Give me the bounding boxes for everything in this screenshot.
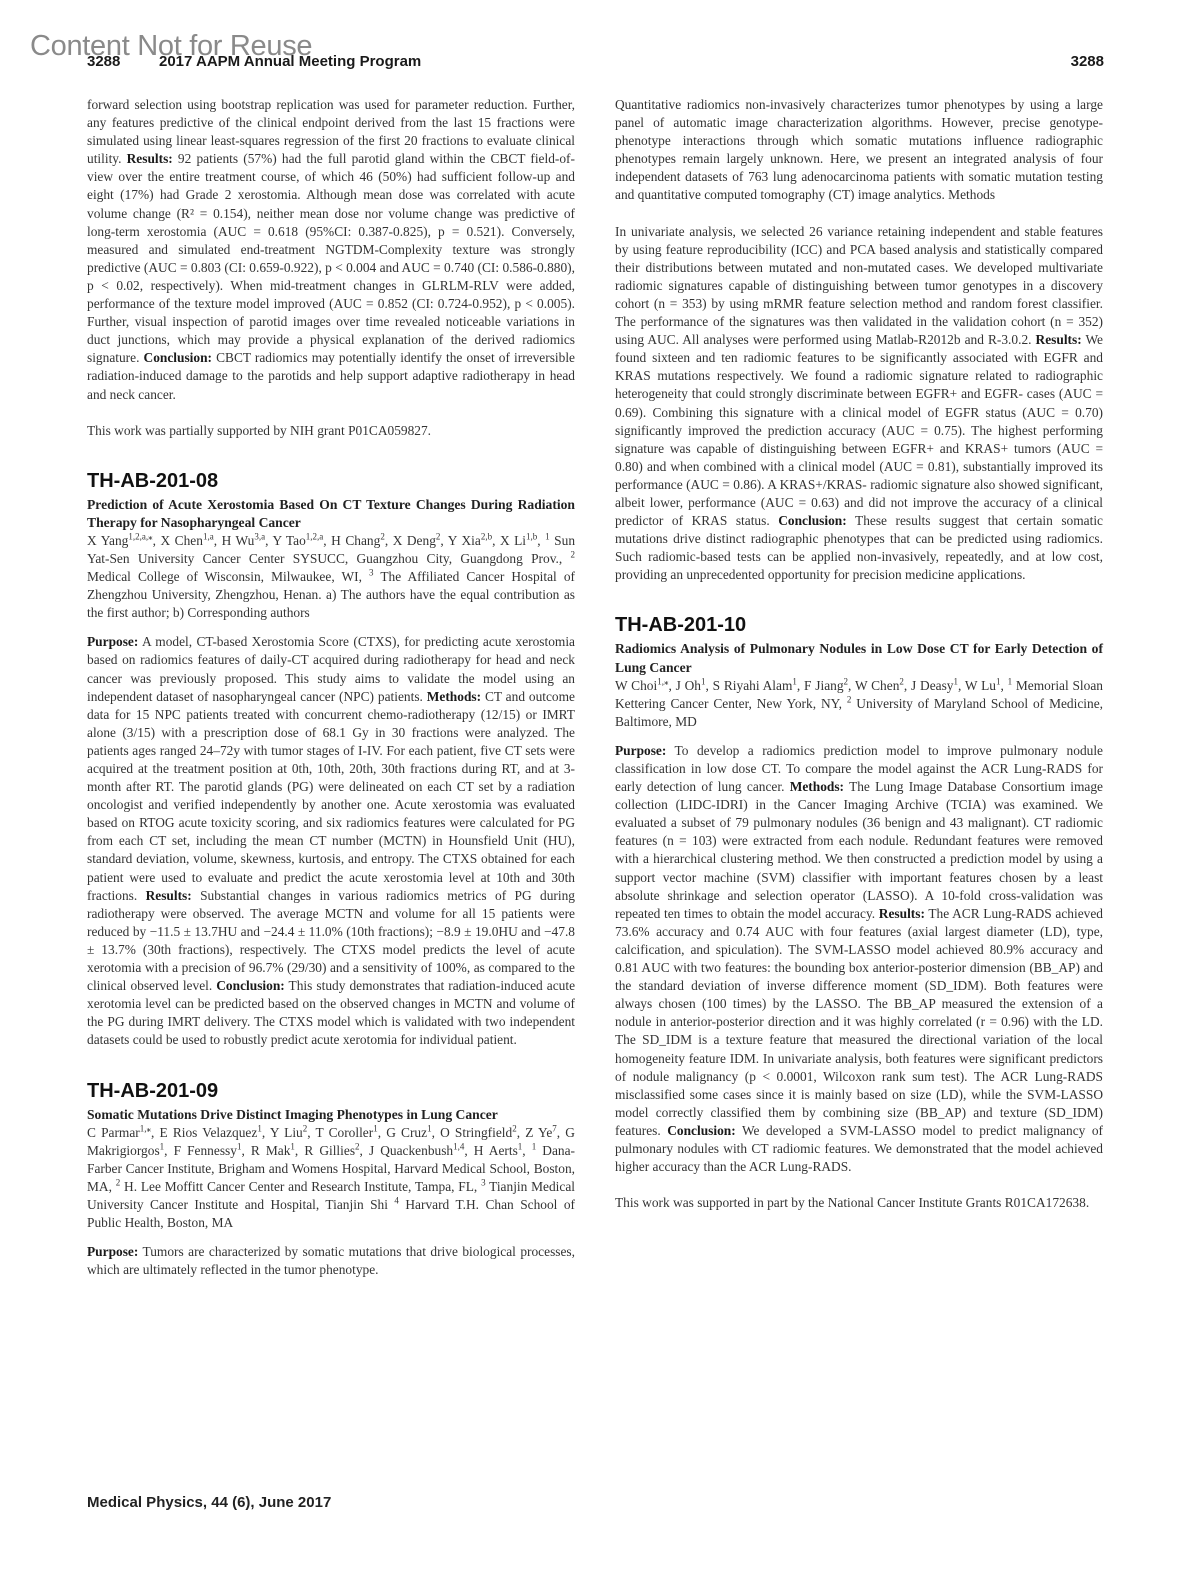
author-name: X Deng2 <box>393 533 441 548</box>
abstract-title-10: Radiomics Analysis of Pulmonary Nodules … <box>615 640 1103 676</box>
author-name: G Cruz1 <box>386 1125 431 1140</box>
author-name: W Chen2 <box>855 678 904 693</box>
abstract-09-continued: Quantitative radiomics non-invasively ch… <box>615 96 1103 205</box>
author-list-10: W Choi1,⁎, J Oh1, S Riyahi Alam1, F Jian… <box>615 677 1103 731</box>
page-number-right: 3288 <box>1071 53 1104 70</box>
author-name: Y Tao1,2,a <box>272 533 323 548</box>
author-name: C Parmar1,⁎ <box>87 1125 151 1140</box>
author-name: O Stringfield2 <box>440 1125 517 1140</box>
author-name: Z Ye7 <box>525 1125 557 1140</box>
conclusion-label: Conclusion: <box>144 350 212 365</box>
author-list-08: X Yang1,2,a,⁎, X Chen1,a, H Wu3,a, Y Tao… <box>87 532 575 622</box>
author-name: F Jiang2 <box>804 678 848 693</box>
abstract-title-09: Somatic Mutations Drive Distinct Imaging… <box>87 1106 575 1124</box>
right-column: Quantitative radiomics non-invasively ch… <box>615 96 1103 1212</box>
author-name: R Mak1 <box>251 1143 295 1158</box>
author-name: Y Liu2 <box>270 1125 307 1140</box>
abstract-id-08: TH-AB-201-08 <box>87 470 575 492</box>
author-name: S Riyahi Alam1 <box>713 678 797 693</box>
author-list-09: C Parmar1,⁎, E Rios Velazquez1, Y Liu2, … <box>87 1124 575 1233</box>
results-label: Results: <box>127 151 173 166</box>
affiliation: 2 H. Lee Moffitt Cancer Center and Resea… <box>116 1179 481 1194</box>
abstract-09-methods-results: In univariate analysis, we selected 26 v… <box>615 223 1103 585</box>
abstract-id-09: TH-AB-201-09 <box>87 1080 575 1102</box>
left-column: forward selection using bootstrap replic… <box>87 96 575 1279</box>
abstract-id-10: TH-AB-201-10 <box>615 614 1103 636</box>
author-name: H Wu3,a <box>222 533 266 548</box>
author-name: J Quackenbush1,4 <box>369 1143 464 1158</box>
author-name: F Fennessy1 <box>174 1143 242 1158</box>
continued-abstract-body: forward selection using bootstrap replic… <box>87 96 575 404</box>
author-name: W Choi1,⁎ <box>615 678 668 693</box>
author-name: E Rios Velazquez1 <box>160 1125 262 1140</box>
abstract-title-08: Prediction of Acute Xerostomia Based On … <box>87 496 575 532</box>
author-name: W Lu1 <box>965 678 1001 693</box>
author-name: H Chang2 <box>331 533 385 548</box>
author-name: H Aerts1 <box>474 1143 523 1158</box>
watermark: Content Not for Reuse <box>30 30 312 63</box>
author-name: X Chen1,a <box>160 533 213 548</box>
author-name: X Li1,b <box>500 533 537 548</box>
author-name: R Gillies2 <box>304 1143 359 1158</box>
author-name: J Oh1 <box>676 678 706 693</box>
author-name: Y Xia2,b <box>448 533 492 548</box>
funding-note: This work was partially supported by NIH… <box>87 422 575 440</box>
abstract-body-08: Purpose: A model, CT-based Xerostomia Sc… <box>87 633 575 1049</box>
author-name: T Coroller1 <box>316 1125 378 1140</box>
funding-note-10: This work was supported in part by the N… <box>615 1194 1103 1212</box>
footer-citation: Medical Physics, 44 (6), June 2017 <box>87 1494 331 1511</box>
abstract-body-10: Purpose: To develop a radiomics predicti… <box>615 742 1103 1176</box>
author-name: J Deasy1 <box>911 678 958 693</box>
abstract-body-09: Purpose: Tumors are characterized by som… <box>87 1243 575 1279</box>
author-name: X Yang1,2,a,⁎ <box>87 533 153 548</box>
